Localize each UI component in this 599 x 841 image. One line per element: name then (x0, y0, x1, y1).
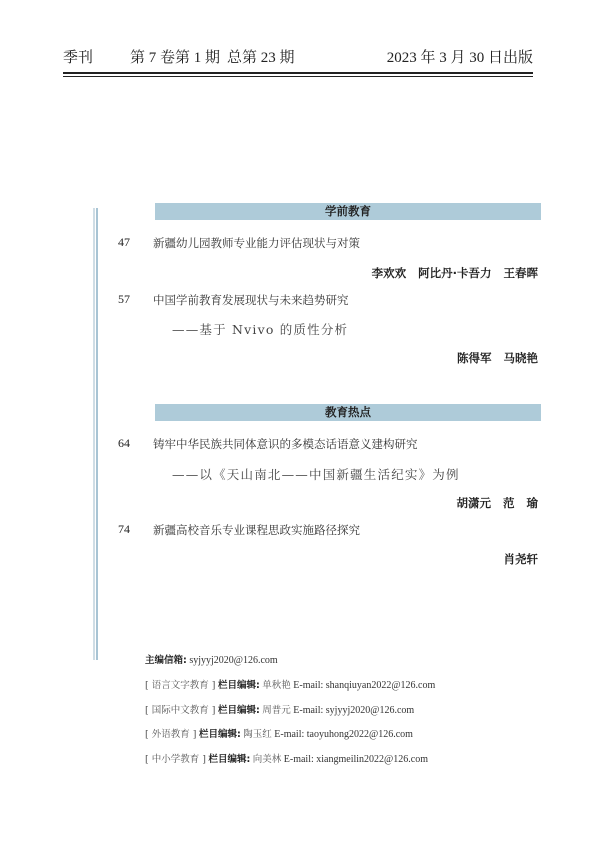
column-name: [ 语言文字教育 ] (145, 680, 215, 691)
section-header-preschool: 学前教育 (155, 203, 541, 220)
article-authors: 肖尧轩 (504, 551, 539, 567)
article-authors: 李欢欢 阿比丹·卡吾力 王春晖 (372, 265, 538, 281)
article-subtitle: ——基于 Nvivo 的质性分析 (172, 320, 348, 338)
chief-editor-label: 主编信箱: (145, 655, 187, 666)
article-title[interactable]: 铸牢中华民族共同体意识的多模态话语意义建构研究 (153, 436, 418, 452)
total-issue: 总第 23 期 (227, 46, 295, 67)
column-name: [ 国际中文教育 ] (145, 705, 215, 716)
editor-email[interactable]: xiangmeilin2022@126.com (316, 754, 428, 765)
article-authors: 陈得军 马晓艳 (457, 350, 538, 366)
chief-editor-email[interactable]: syjyyj2020@126.com (187, 655, 278, 666)
chief-editor-contact: 主编信箱: syjyyj2020@126.com (145, 652, 278, 666)
editor-email[interactable]: shanqiuyan2022@126.com (326, 680, 435, 691)
article-title[interactable]: 新疆高校音乐专业课程思政实施路径探究 (153, 522, 360, 538)
editor-name: 陶玉红 (243, 729, 272, 740)
article-authors: 胡潇元 范 瑜 (456, 495, 538, 511)
email-label: E-mail: (293, 680, 323, 691)
editor-name: 周普元 (262, 705, 291, 716)
column-name: [ 中小学教育 ] (145, 754, 206, 765)
editor-email[interactable]: taoyuhong2022@126.com (307, 729, 413, 740)
section-header-education-hotspot: 教育热点 (155, 404, 541, 421)
article-subtitle: ——以《天山南北——中国新疆生活纪实》为例 (172, 465, 460, 483)
email-label: E-mail: (284, 754, 314, 765)
publish-date: 2023 年 3 月 30 日出版 (387, 46, 533, 67)
page-number: 47 (118, 235, 130, 250)
journal-frequency: 季刊 (63, 46, 93, 67)
column-editor-label: 栏目编辑: (199, 729, 241, 740)
page-number: 64 (118, 436, 130, 451)
header-rule-thin (63, 76, 533, 77)
decorative-bar-dark (96, 208, 98, 660)
column-editor-label: 栏目编辑: (208, 754, 250, 765)
column-editor-contact: [ 外语教育 ] 栏目编辑: 陶玉红 E-mail: taoyuhong2022… (145, 726, 413, 740)
column-editor-contact: [ 国际中文教育 ] 栏目编辑: 周普元 E-mail: syjyyj2020@… (145, 702, 414, 716)
article-title[interactable]: 新疆幼儿园教师专业能力评估现状与对策 (153, 235, 360, 251)
decorative-bar-light (93, 208, 95, 660)
email-label: E-mail: (293, 705, 323, 716)
header-rule-thick (63, 72, 533, 74)
page-number: 57 (118, 292, 130, 307)
column-editor-contact: [ 中小学教育 ] 栏目编辑: 向美林 E-mail: xiangmeilin2… (145, 751, 428, 765)
column-editor-label: 栏目编辑: (218, 705, 260, 716)
column-editor-contact: [ 语言文字教育 ] 栏目编辑: 单秋艳 E-mail: shanqiuyan2… (145, 677, 435, 691)
editor-name: 单秋艳 (262, 680, 291, 691)
journal-header: 季刊 第 7 卷第 1 期 总第 23 期 2023 年 3 月 30 日出版 (63, 46, 533, 66)
page-number: 74 (118, 522, 130, 537)
email-label: E-mail: (274, 729, 304, 740)
article-title[interactable]: 中国学前教育发展现状与未来趋势研究 (153, 292, 349, 308)
editor-email[interactable]: syjyyj2020@126.com (326, 705, 414, 716)
editor-name: 向美林 (253, 754, 282, 765)
volume-issue: 第 7 卷第 1 期 (130, 46, 220, 67)
column-editor-label: 栏目编辑: (218, 680, 260, 691)
column-name: [ 外语教育 ] (145, 729, 196, 740)
